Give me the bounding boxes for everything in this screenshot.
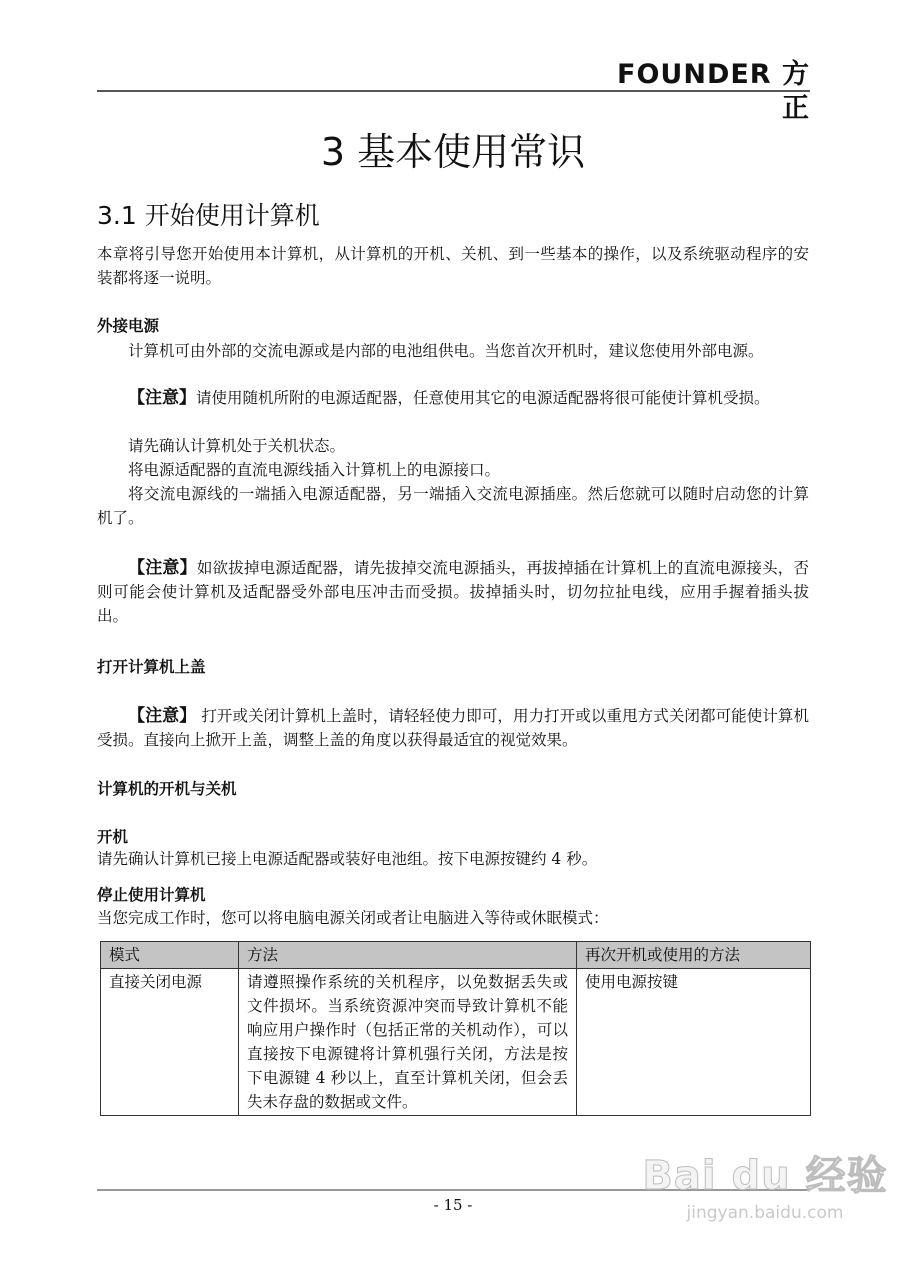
step-3: 将交流电源线的一端插入电源适配器，另一端插入交流电源插座。然后您就可以随时启动您… [97, 482, 809, 530]
heading-open-lid: 打开计算机上盖 [97, 655, 206, 679]
note-label: 【注意】 [128, 558, 197, 578]
note-text: 打开或关闭计算机上盖时，请轻轻使力即可，用力打开或以重甩方式关闭都可能使计算机受… [97, 707, 809, 749]
section-intro: 本章将引导您开始使用本计算机，从计算机的开机、关机、到一些基本的操作，以及系统驱… [97, 242, 809, 290]
watermark-url: jingyan.baidu.com [640, 1202, 890, 1224]
heading-stop-using: 停止使用计算机 [97, 883, 206, 907]
baidu-watermark: Bai du 经验 jingyan.baidu.com [640, 1150, 890, 1260]
note-label: 【注意】 [128, 388, 196, 408]
stop-using-text: 当您完成工作时，您可以将电脑电源关闭或者让电脑进入等待或休眠模式： [97, 906, 809, 930]
col-header-method: 方法 [239, 942, 577, 969]
note-unplug: 【注意】如欲拔掉电源适配器，请先拔掉交流电源插头，再拔掉插在计算机上的直流电源接… [97, 556, 809, 628]
heading-external-power: 外接电源 [97, 314, 159, 338]
table-row: 直接关闭电源 请遵照操作系统的关机程序，以免数据丢失或文件损坏。当系统资源冲突而… [101, 969, 811, 1116]
watermark-logo: Bai du 经验 [640, 1150, 890, 1202]
note-adapter: 【注意】请使用随机所附的电源适配器，任意使用其它的电源适配器将很可能使计算机受损… [97, 386, 809, 410]
founder-logo: FOUNDER 方正 [600, 58, 810, 92]
note-lid: 【注意】 打开或关闭计算机上盖时，请轻轻使力即可，用力打开或以重甩方式关闭都可能… [97, 704, 809, 752]
step-1: 请先确认计算机处于关机状态。 [97, 434, 809, 458]
table-header-row: 模式 方法 再次开机或使用的方法 [101, 942, 811, 969]
modes-table: 模式 方法 再次开机或使用的方法 直接关闭电源 请遵照操作系统的关机程序，以免数… [100, 941, 811, 1116]
heading-power-on: 开机 [97, 825, 128, 849]
heading-power-on-off: 计算机的开机与关机 [97, 777, 237, 801]
note-text: 请使用随机所附的电源适配器，任意使用其它的电源适配器将很可能使计算机受损。 [196, 389, 770, 407]
cell-mode: 直接关闭电源 [101, 969, 239, 1116]
cell-resume: 使用电源按键 [577, 969, 811, 1116]
col-header-mode: 模式 [101, 942, 239, 969]
note-label: 【注意】 [128, 706, 196, 726]
header-divider [97, 90, 810, 92]
chapter-title: 3 基本使用常识 [0, 124, 906, 180]
cell-method: 请遵照操作系统的关机程序，以免数据丢失或文件损坏。当系统资源冲突而导致计算机不能… [239, 969, 577, 1116]
section-title: 3.1 开始使用计算机 [97, 196, 320, 236]
note-text: 如欲拔掉电源适配器，请先拔掉交流电源插头，再拔掉插在计算机上的直流电源接头，否则… [97, 559, 809, 625]
power-on-text: 请先确认计算机已接上电源适配器或装好电池组。按下电源按键约 4 秒。 [97, 847, 809, 871]
col-header-resume: 再次开机或使用的方法 [577, 942, 811, 969]
step-2: 将电源适配器的直流电源线插入计算机上的电源接口。 [97, 458, 809, 482]
external-power-paragraph: 计算机可由外部的交流电源或是内部的电池组供电。当您首次开机时，建议您使用外部电源… [97, 339, 809, 363]
